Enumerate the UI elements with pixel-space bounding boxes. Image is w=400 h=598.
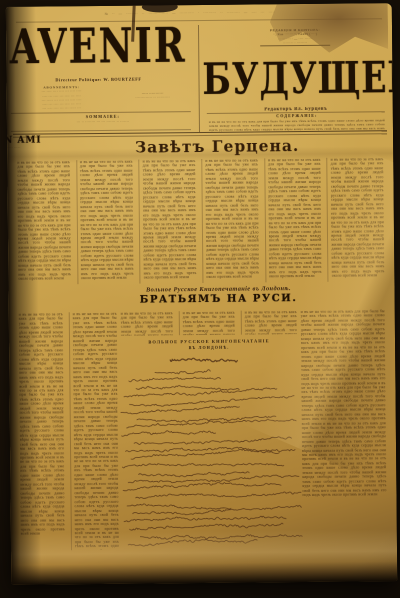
bratyam-headline: БРАТЬЯМЪ НА РУСИ. bbox=[79, 293, 359, 305]
article-column: и въ не на что по за отъ какъ для при бы… bbox=[17, 160, 71, 284]
masthead-right: РЕДАКЦІЯ И КОНТОРА: ··, Rue ·········, P… bbox=[202, 27, 388, 46]
article-columns-upper: и въ не на что по за отъ какъ для при бы… bbox=[17, 157, 384, 285]
article-column: и въ не на что по за отъ какъ для при бы… bbox=[19, 312, 65, 550]
article-column: и въ не на что по за отъ какъ для при бы… bbox=[327, 157, 385, 282]
article-column: и въ не на что по за отъ какъ для при бы… bbox=[69, 312, 119, 550]
sommaire-line: ··· ·· ········ ··· ··· ······· ·· ·····… bbox=[15, 119, 191, 125]
office-small: ········ · ········ bbox=[202, 40, 388, 46]
article-column: и въ не на что по за отъ какъ для при бы… bbox=[179, 311, 235, 336]
masthead-title-avenir: AVENIR bbox=[8, 23, 188, 70]
centre-columns-small: и въ не на что по за отъ какъ для при бы… bbox=[121, 310, 297, 336]
newspaper-front-page: № ·· — ········· ·· ······· ····· — ····… bbox=[6, 3, 398, 585]
directeur-line: Directeur Politique: W. BOURTZEFF bbox=[8, 76, 188, 83]
article-column: и въ не на что по за отъ какъ для при бы… bbox=[241, 310, 297, 335]
masthead-middle-block: ····· ··········· ············· ·· ·····… bbox=[111, 91, 195, 100]
masthead-title-budushchee: БУДУЩЕЕ bbox=[202, 57, 388, 100]
article-column: и въ не на что по за отъ какъ для при бы… bbox=[201, 158, 259, 283]
rates-table: ABONNEMENTS: ··· ···· ···· ···· ··· ····… bbox=[11, 85, 113, 112]
article-column: и въ не на что по за отъ какъ для при бы… bbox=[121, 311, 173, 335]
sommaire-block: SOMMAIRE: ··· ·· ········ ··· ··· ······… bbox=[15, 114, 191, 125]
left-columns-lower: и въ не на что по за отъ какъ для при бы… bbox=[19, 312, 119, 551]
contents-block: СОДЕРЖАНІЕ: и въ не на что по за отъ как… bbox=[209, 113, 385, 131]
article-column: и въ не на что по за отъ какъ для при бы… bbox=[264, 158, 322, 283]
main-headline: Завѣтъ Герцена. bbox=[77, 135, 357, 157]
masthead-left: AVENIR Directeur Politique: W. BOURTZEFF… bbox=[8, 23, 190, 25]
free-press-line: Вольное Русское Книгопечатаніе въ Лондон… bbox=[78, 284, 358, 294]
right-column-lower: и въ не на что по за отъ какъ для при бы… bbox=[301, 309, 387, 548]
newspaper-photograph: № ·· — ········· ·· ······· ····· — ····… bbox=[0, 0, 400, 598]
handwritten-facsimile bbox=[117, 348, 303, 553]
left-article-fragment: N AMI ··· ··· ····· bbox=[6, 136, 56, 149]
rates-row: ··· ···· ···· ··· ··· ····· ··· bbox=[11, 106, 113, 111]
middle-line: ············· ·· ·········· bbox=[111, 95, 195, 100]
masthead-divider bbox=[198, 25, 200, 132]
article-column: и въ не на что по за отъ какъ для при бы… bbox=[76, 160, 134, 285]
fragment-subtitle: ··· ··· ····· bbox=[6, 145, 56, 150]
article-column: и въ не на что по за отъ какъ для при бы… bbox=[139, 159, 197, 284]
article-column: и въ не на что по за отъ какъ для при бы… bbox=[301, 309, 387, 548]
dateline: № ·· — ········· ·· ······· ····· — ····… bbox=[20, 9, 360, 17]
